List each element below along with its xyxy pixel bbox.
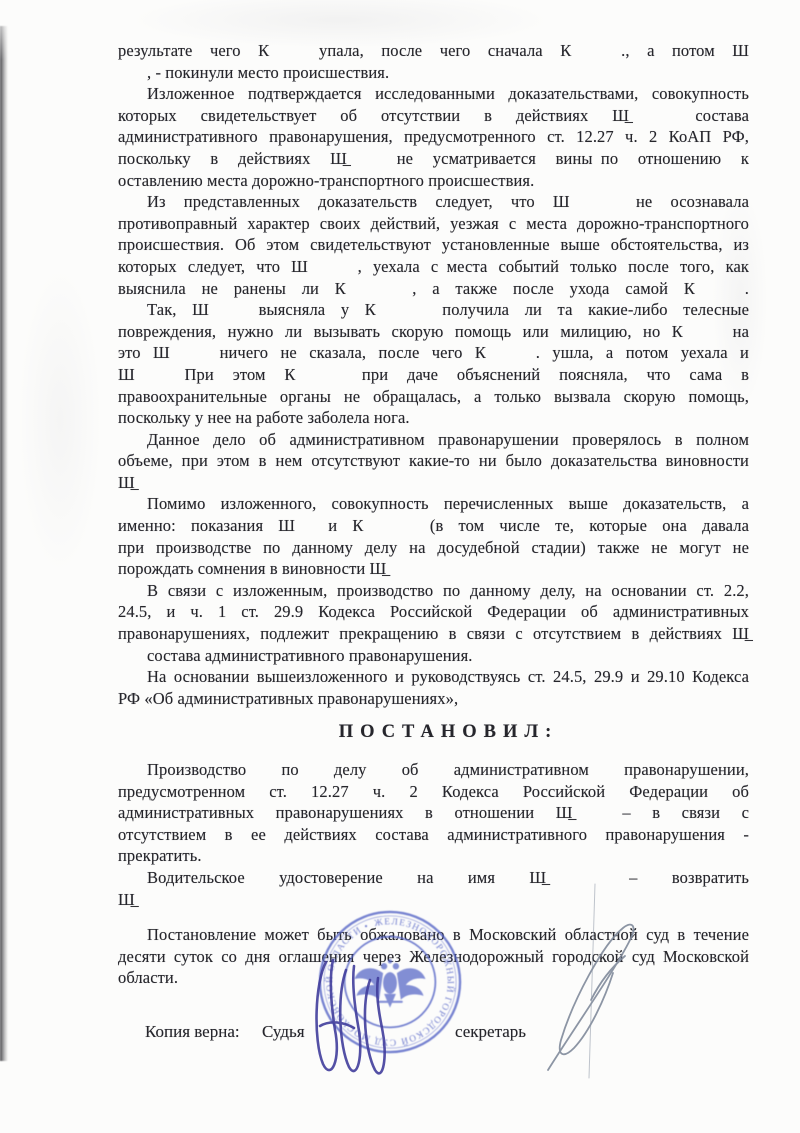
- scan-edge-fade-artifact: [0, 0, 10, 60]
- document-line: отсутствием в ее действиях состава админ…: [118, 824, 749, 846]
- document-line: правоохранительные органы не обращалась,…: [118, 386, 749, 408]
- document-line: РФ «Об административных правонарушениях»…: [118, 688, 749, 710]
- document-line: прекратить.: [118, 845, 749, 867]
- document-line: оставлению места дорожно-транспортного п…: [118, 170, 749, 192]
- document-line: состава административного правонарушения…: [118, 645, 749, 667]
- scanned-page: результате чего К упала, после чего снач…: [0, 0, 800, 1133]
- document-line: Так, Ш выясняла у К получила ли та какие…: [118, 299, 749, 321]
- document-line: поскольку в действиях Ш̲ не усматриваетс…: [118, 148, 749, 170]
- document-line: Ш̲: [118, 472, 749, 494]
- document-line: Ш При этом К при даче объяснений пояснял…: [118, 364, 749, 386]
- document-line: это Ш ничего не сказала, после чего К . …: [118, 342, 749, 364]
- document-line: Производство по делу об административном…: [118, 759, 749, 781]
- document-line: при производстве по данному делу на досу…: [118, 537, 749, 559]
- resolution-heading: ПОСТАНОВИЛ:: [148, 722, 749, 744]
- secretary-signature: [533, 878, 663, 1103]
- document-line: именно: показания Ш и К (в том числе те,…: [118, 515, 749, 537]
- document-line: На основании вышеизложенного и руководст…: [118, 666, 749, 688]
- copy-label: Копия верна:: [145, 1022, 240, 1042]
- document-line: предусмотренном ст. 12.27 ч. 2 Кодекса Р…: [118, 781, 749, 803]
- document-line: которых свидетельствует об отсутствии в …: [118, 105, 749, 127]
- document-line: порождать сомнения в виновности Ш̲: [118, 558, 749, 580]
- document-line: административных правонарушениях в отнош…: [118, 802, 749, 824]
- scan-left-edge-artifact: [0, 26, 8, 1061]
- secretary-label: секретарь: [455, 1022, 526, 1042]
- document-line: повреждения, нужно ли вызывать скорую по…: [118, 321, 749, 343]
- document-line: выяснила не ранены ли К , а также после …: [118, 278, 749, 300]
- document-line: Помимо изложенного, совокупность перечис…: [118, 493, 749, 515]
- document-line: объеме, при этом в нем отсутствуют какие…: [118, 450, 749, 472]
- document-line: 24.5, и ч. 1 ст. 29.9 Кодекса Российской…: [118, 601, 749, 623]
- document-line: поскольку у нее на работе заболела нога.: [118, 407, 749, 429]
- document-line: которых следует, что Ш , уехала с места …: [118, 256, 749, 278]
- document-line: административного правонарушения, предус…: [118, 126, 749, 148]
- judge-label: Судья: [262, 1022, 305, 1042]
- document-line: противоправный характер своих действий, …: [118, 213, 749, 235]
- document-line: В связи с изложенным, производство по да…: [118, 580, 749, 602]
- document-body: результате чего К упала, после чего снач…: [118, 40, 749, 989]
- document-line: происшествия. Об этом свидетельствуют ус…: [118, 234, 749, 256]
- document-line: Изложенное подтверждается исследованными…: [118, 83, 749, 105]
- document-line: , - покинули место происшествия.: [118, 62, 749, 84]
- certification-row: Копия верна: Судья секретарь: [0, 1022, 800, 1052]
- document-line: результате чего К упала, после чего снач…: [118, 40, 749, 62]
- document-line: правонарушениях, подлежит прекращению в …: [118, 623, 749, 645]
- document-line: Из представленных доказательств следует,…: [118, 191, 749, 213]
- document-line: Данное дело об административном правонар…: [118, 429, 749, 451]
